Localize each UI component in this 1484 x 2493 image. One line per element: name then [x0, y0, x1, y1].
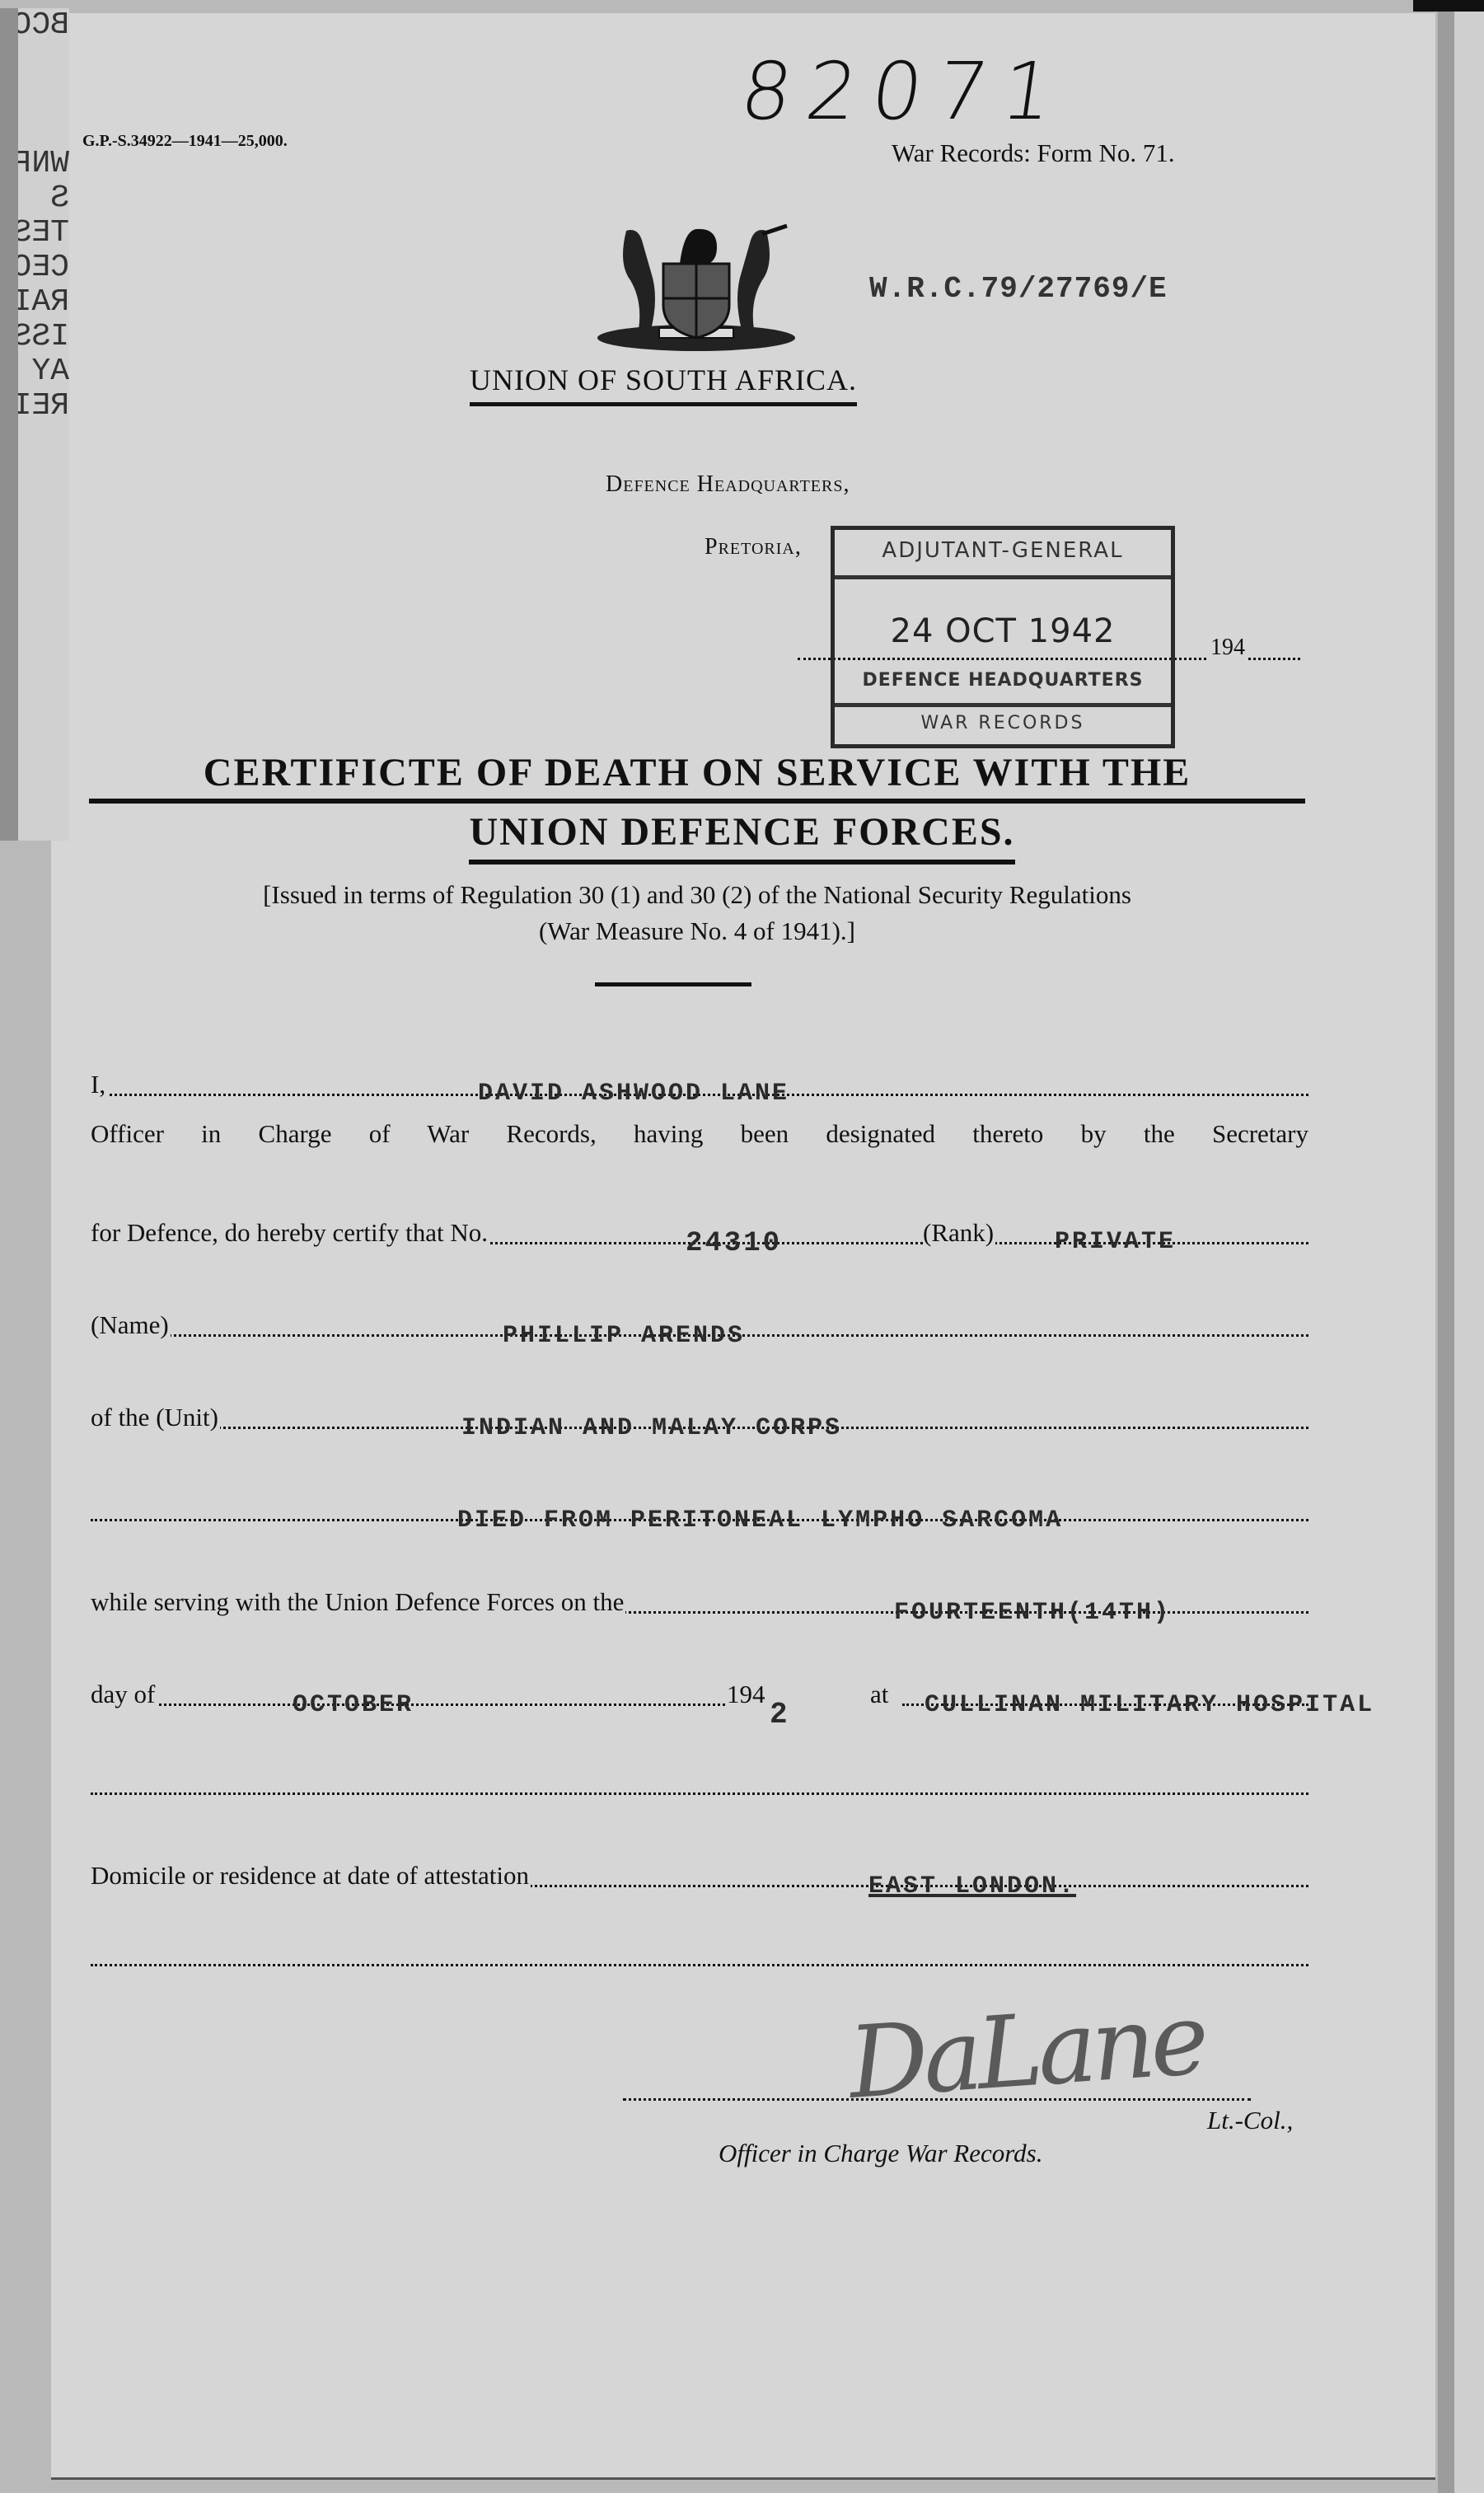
typed-rank: PRIVATE [1055, 1228, 1176, 1256]
back-text: RAI [18, 285, 69, 320]
typed-unit: INDIAN AND MALAY CORPS [461, 1414, 842, 1442]
back-text: CEC [18, 251, 69, 285]
typed-service-number: 24310 [686, 1228, 782, 1259]
title-rule [595, 982, 751, 986]
certificate-title-wrap: UNION DEFENCE FORCES. [0, 809, 1484, 865]
back-text [18, 112, 69, 147]
field-label: Domicile or residence at date of attesta… [91, 1861, 531, 1891]
address-city: Pretoria, [705, 534, 802, 560]
coat-of-arms-icon [593, 223, 799, 354]
dotted-line [91, 1792, 1308, 1795]
typed-certifying-officer: DAVID ASHWOOD LANE [478, 1080, 789, 1108]
form-number: War Records: Form No. 71. [892, 138, 1175, 168]
print-reference: G.P.-S.34922—1941—25,000. [82, 132, 288, 151]
officer-statement: Officer in Charge of War Records, having… [91, 1119, 1308, 1149]
stamp-department: ADJUTANT-GENERAL [835, 538, 1171, 563]
back-text: S [18, 181, 69, 216]
field-cause: DIED FROM PERITONEAL LYMPHO SARCOMA [91, 1488, 1308, 1530]
typed-day: FOURTEENTH(14TH) [894, 1599, 1171, 1627]
stamp-office: DEFENCE HEADQUARTERS [835, 670, 1171, 691]
back-text: TES [18, 216, 69, 251]
dotted-line [91, 1703, 740, 1706]
stamp-divider [835, 703, 1171, 707]
certificate-subtitle: UNION DEFENCE FORCES. [469, 809, 1014, 865]
field-label: of the (Unit) [91, 1403, 220, 1432]
certificate-title: CERTIFICTE OF DEATH ON SERVICE WITH THE [89, 750, 1305, 804]
top-edge-tab [1413, 0, 1484, 12]
underlying-sheet-right [1438, 0, 1484, 2493]
back-text: AY [18, 354, 69, 389]
wrc-reference-number: W.R.C.79/27769/E [869, 272, 1168, 306]
field-label: day of [91, 1680, 157, 1709]
typed-year-digit: 2 [770, 1698, 790, 1732]
typed-domicile: EAST LONDON. [868, 1872, 1076, 1900]
field-date-day: while serving with the Union Defence For… [91, 1581, 1308, 1622]
field-label: (Name) [91, 1310, 171, 1340]
issued-note: [Issued in terms of Regulation 30 (1) an… [89, 880, 1305, 910]
blank-line [91, 1762, 1308, 1803]
stamp-divider [835, 575, 1171, 579]
field-name: (Name) PHILLIP ARENDS [91, 1304, 1308, 1345]
blank-line [91, 1933, 1308, 1975]
country-name: UNION OF SOUTH AFRICA. [470, 363, 857, 406]
issued-note: (War Measure No. 4 of 1941).] [89, 916, 1305, 946]
typed-month: OCTOBER [293, 1691, 414, 1719]
typed-cause-of-death: DIED FROM PERITONEAL LYMPHO SARCOMA [457, 1507, 1063, 1535]
signatory-rank: Lt.-Col., [1207, 2106, 1293, 2135]
back-text: WNF [18, 147, 69, 181]
field-label: 194 [727, 1680, 767, 1709]
field-label: (Rank) [923, 1218, 995, 1248]
stamp-date: 24 OCT 1942 [835, 612, 1171, 650]
received-date-stamp: ADJUTANT-GENERAL 24 OCT 1942 DEFENCE HEA… [831, 526, 1175, 748]
field-label: for Defence, do hereby certify that No. [91, 1218, 489, 1248]
typed-name: PHILLIP ARENDS [503, 1322, 745, 1350]
field-domicile: Domicile or residence at date of attesta… [91, 1854, 1308, 1896]
dotted-line [91, 1964, 1308, 1966]
underlying-sheet-left: BCC WNF S TES CEC RAI ISS AY REI [0, 8, 69, 841]
typed-place: CULLINAN MILITARY HOSPITAL [925, 1691, 1374, 1719]
handwritten-file-number: 82071 [735, 45, 1074, 138]
address-year-prefix: 194 [1207, 635, 1248, 661]
back-text: REI [18, 389, 69, 424]
back-text [18, 43, 69, 77]
field-unit: of the (Unit) INDIAN AND MALAY CORPS [91, 1396, 1308, 1437]
stamp-section: WAR RECORDS [835, 713, 1171, 733]
field-label: while serving with the Union Defence For… [91, 1587, 625, 1617]
signature-line [623, 2098, 1251, 2101]
back-text: BCC [18, 8, 69, 43]
back-text [18, 77, 69, 112]
field-label: I, [91, 1070, 107, 1099]
field-certifying-officer: I, DAVID ASHWOOD LANE [91, 1063, 1308, 1104]
field-label: at [870, 1680, 890, 1709]
signatory-title: Officer in Charge War Records. [719, 2139, 1043, 2168]
back-text: ISS [18, 320, 69, 354]
field-month-place: day of OCTOBER 194 2 at CULLINAN MILITAR… [91, 1673, 1308, 1714]
field-number-rank: for Defence, do hereby certify that No. … [91, 1211, 1308, 1253]
address-line-hq: Defence Headquarters, [606, 471, 850, 498]
